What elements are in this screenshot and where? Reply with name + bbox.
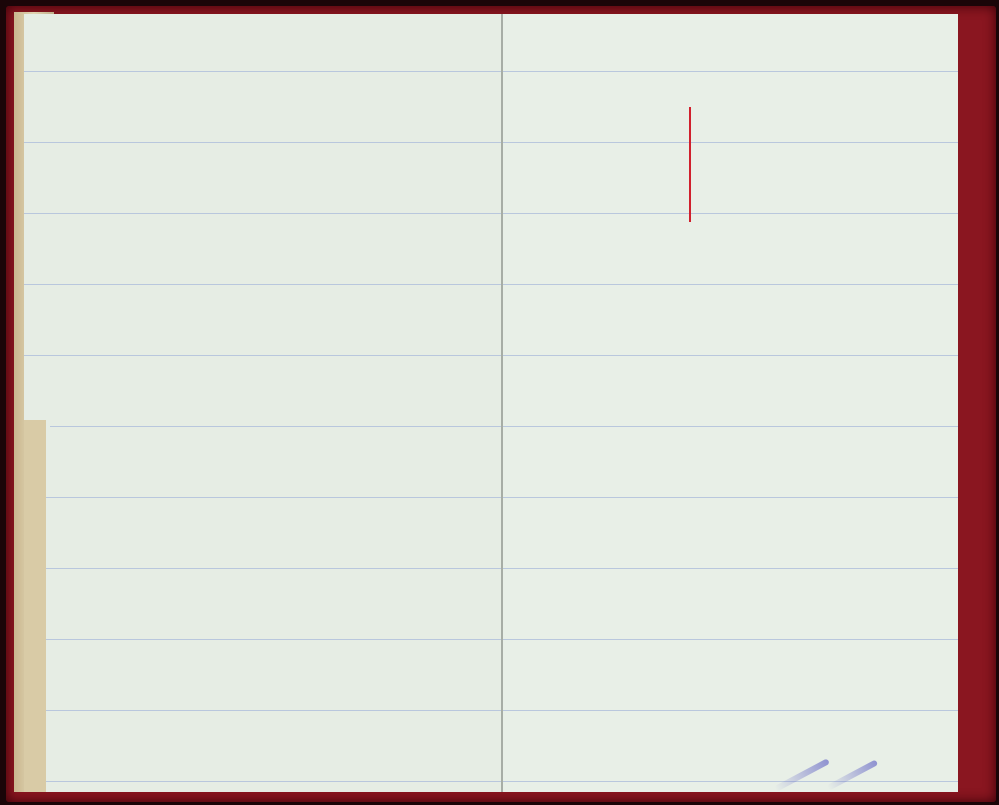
page-edge-strip <box>24 420 46 792</box>
red-divider-line <box>689 107 691 222</box>
left-page <box>24 14 502 792</box>
right-page <box>503 14 958 792</box>
